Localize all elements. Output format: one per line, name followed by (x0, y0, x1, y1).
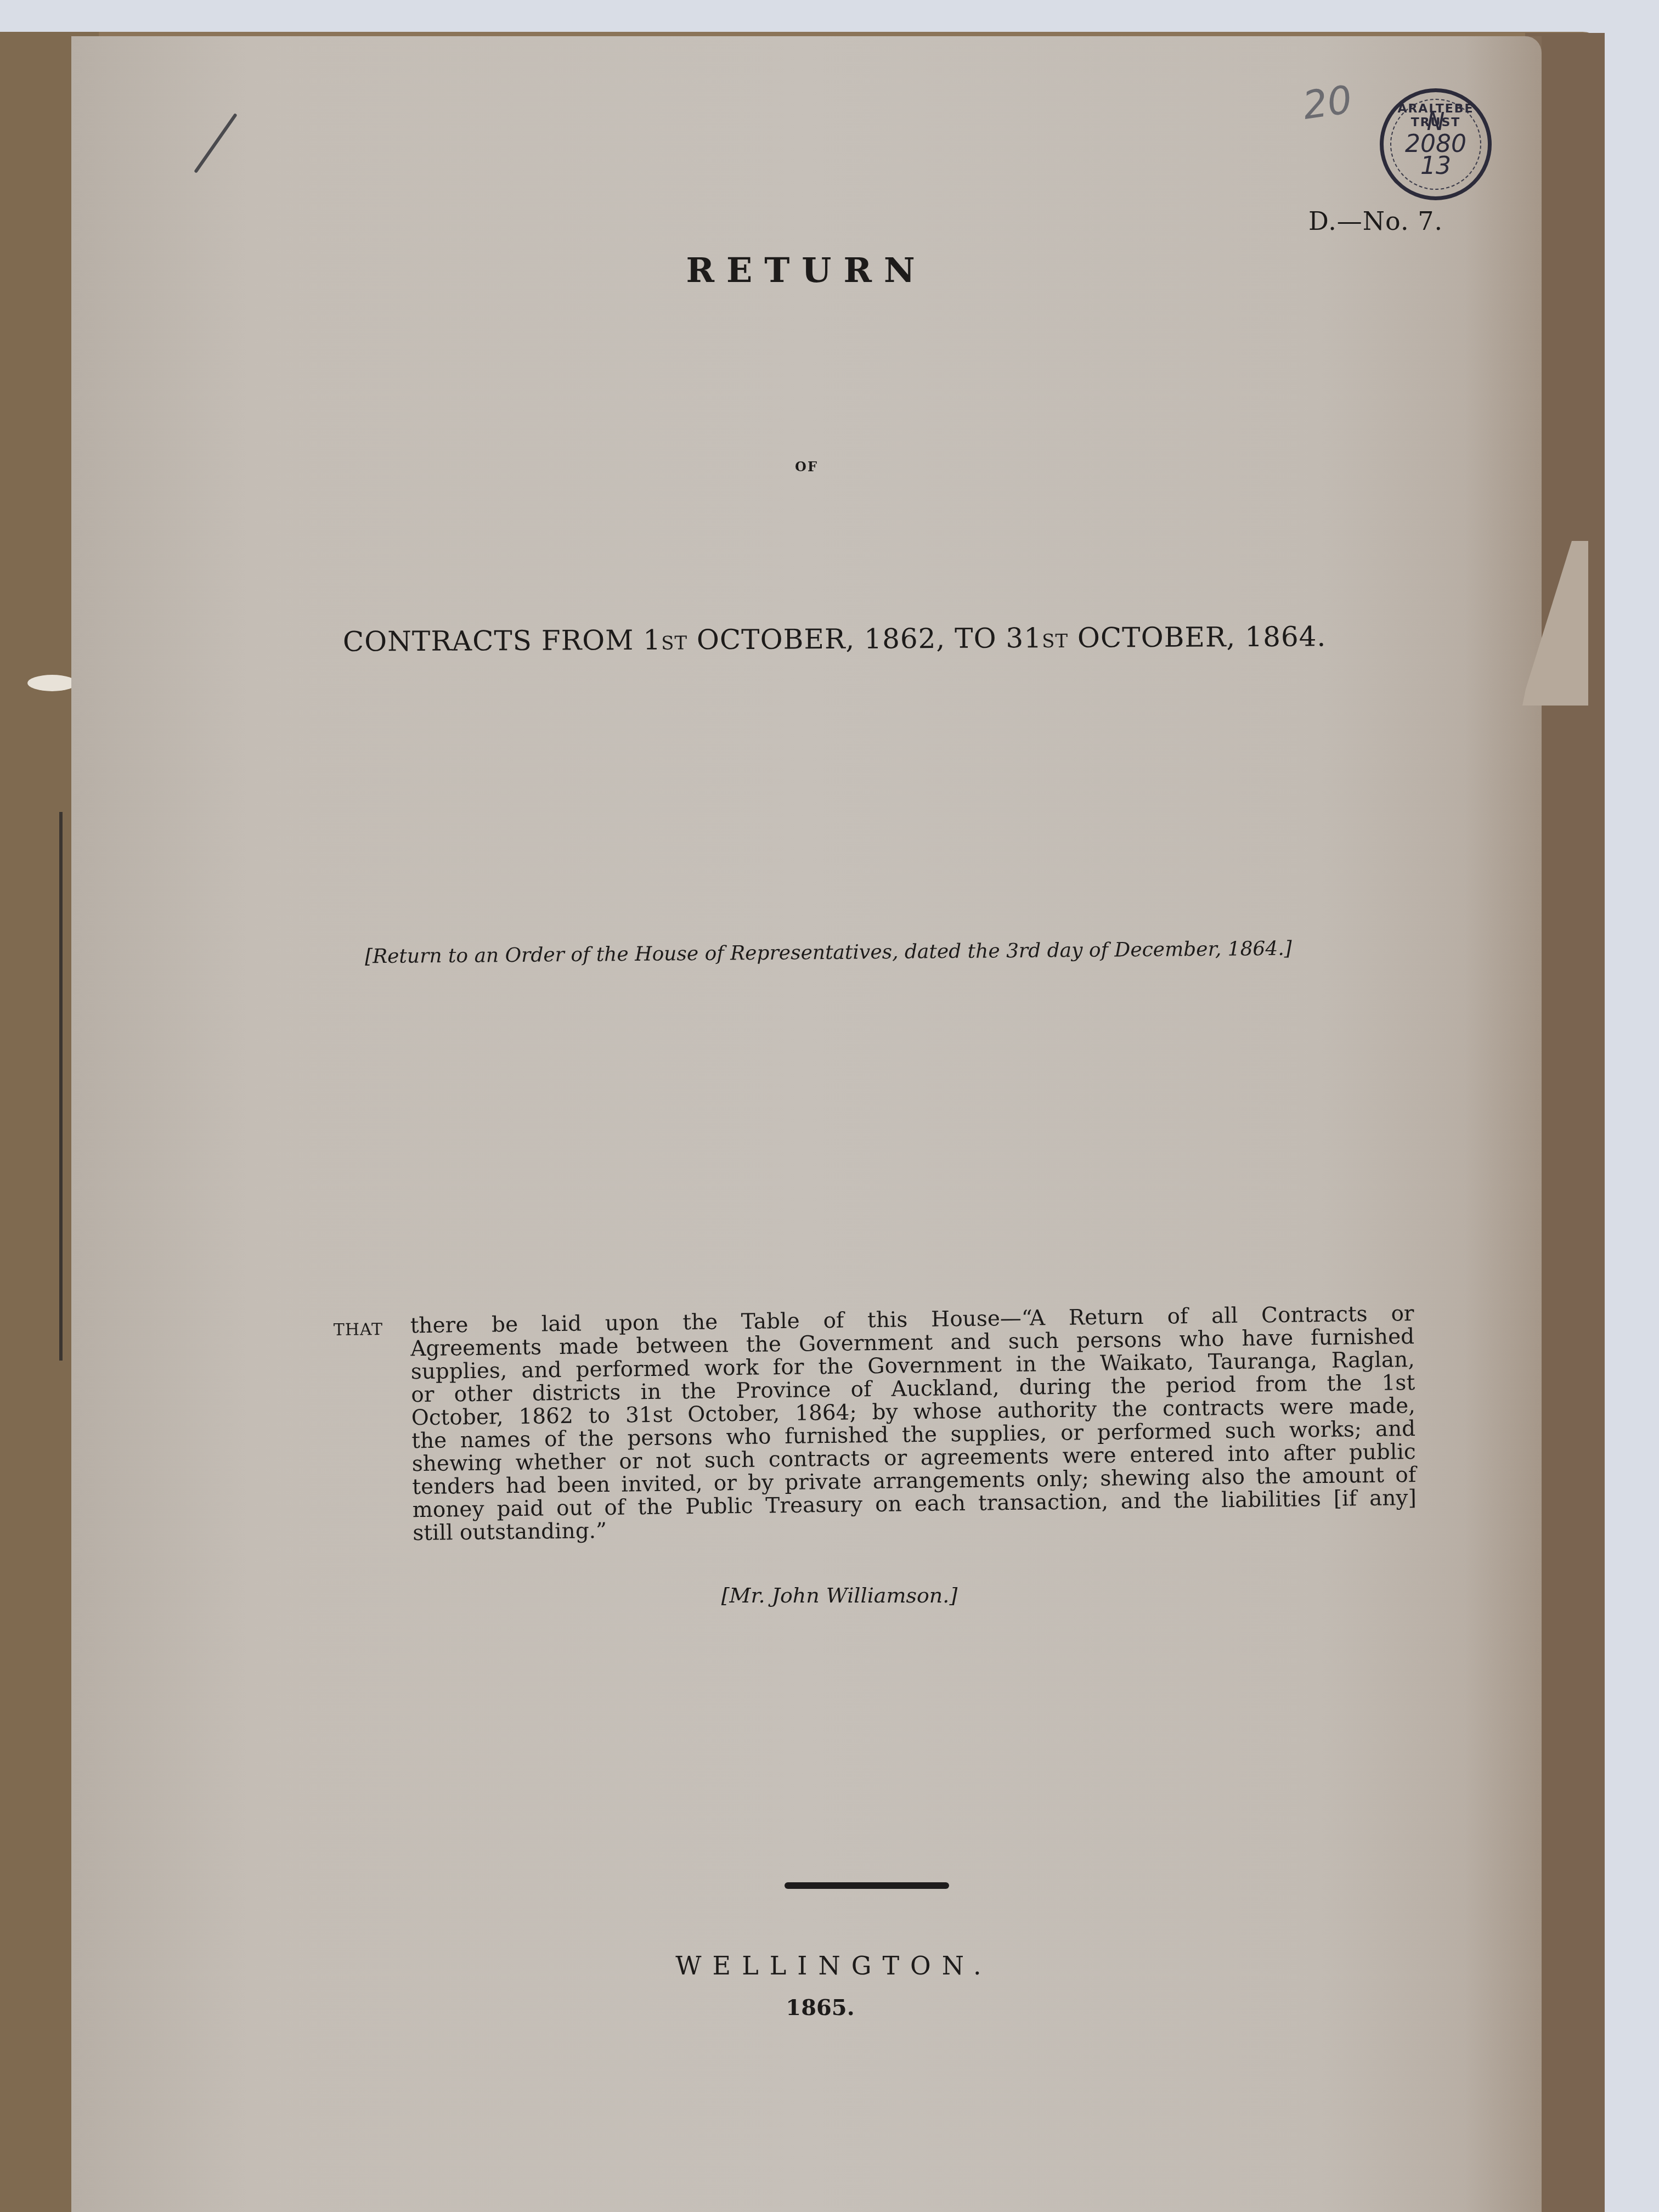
pencil-note: 20 (1300, 77, 1355, 128)
imprint-place: WELLINGTON. (71, 1951, 1542, 1980)
page-title: RETURN (71, 250, 1542, 290)
page-shadow (1465, 36, 1542, 2212)
document-page: 20 ARALTEBE TRUST N 2080 13 D.—No. 7. RE… (71, 36, 1542, 2212)
page-subtitle: CONTRACTS FROM 1ST OCTOBER, 1862, TO 31S… (343, 620, 1327, 657)
subtitle-ordinal: ST (1042, 630, 1068, 652)
divider-rule (785, 1882, 949, 1889)
motion-body: there be laid upon the Table of this Hou… (410, 1302, 1417, 1545)
order-note: [Return to an Order of the House of Repr… (365, 938, 1292, 968)
library-stamp-icon: ARALTEBE TRUST N 2080 13 (1380, 88, 1492, 200)
subtitle-part: OCTOBER, 1862, TO 31 (687, 622, 1042, 656)
title-connector: OF (71, 459, 1542, 475)
imprint-year: 1865. (71, 1995, 1542, 2021)
subtitle-ordinal: ST (661, 632, 687, 654)
document-id: D.—No. 7. (1308, 206, 1443, 236)
motion-lead: THAT (334, 1318, 383, 1342)
subtitle-part: CONTRACTS FROM 1 (343, 624, 661, 658)
binding-stitch (59, 812, 63, 1361)
motion-paragraph: THAT there be laid upon the Table of thi… (334, 1302, 1417, 1546)
paper-chip (27, 675, 77, 691)
mover-attribution: [Mr. John Williamson.] (71, 1583, 1542, 1607)
pencil-mark (194, 113, 237, 173)
subtitle-part: OCTOBER, 1864. (1068, 620, 1327, 653)
stamp-ring-text: ARALTEBE TRUST (1384, 102, 1488, 129)
